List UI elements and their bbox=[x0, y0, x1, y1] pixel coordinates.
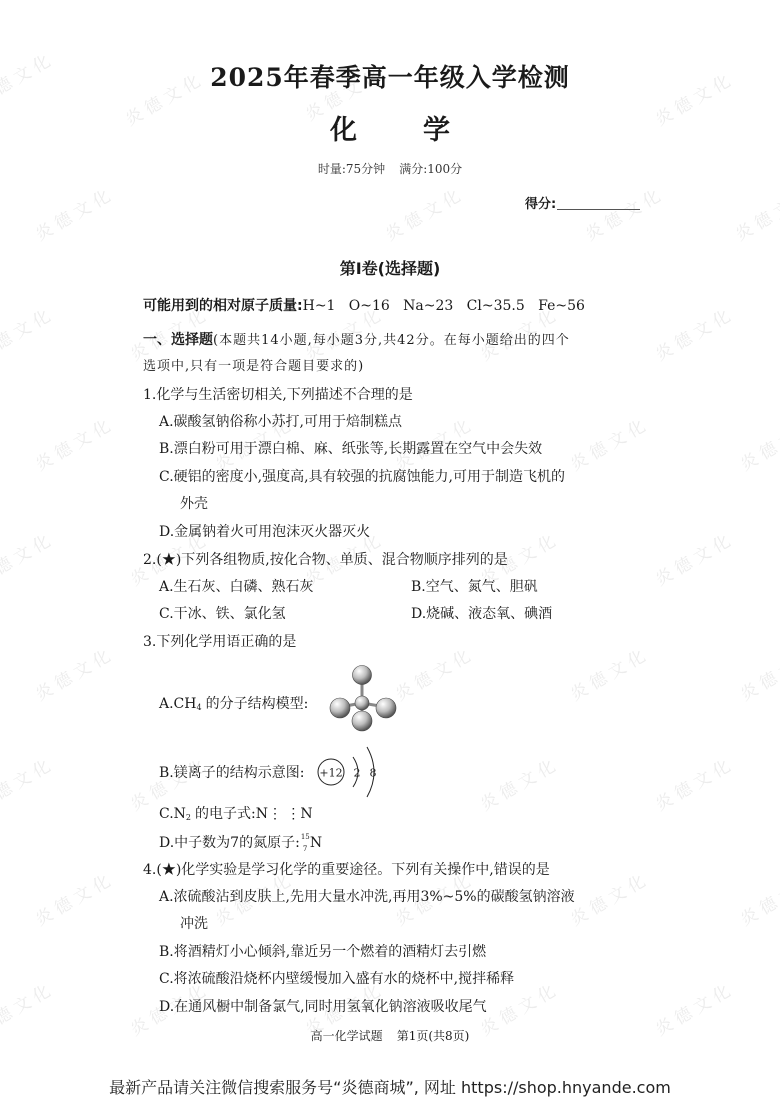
question-1-option-c-cont: 外壳 bbox=[180, 494, 208, 514]
footer-course: 高一化学试题 bbox=[311, 1029, 383, 1043]
question-3-option-b[interactable]: B.镁离子的结构示意图: bbox=[159, 763, 304, 783]
ch4-ball-stick-model-icon bbox=[326, 663, 398, 733]
question-1-option-c[interactable]: C.硬铝的密度小,强度高,具有较强的抗腐蚀能力,可用于制造飞机的 bbox=[159, 467, 565, 487]
svg-text:8: 8 bbox=[370, 767, 377, 780]
question-3-option-d[interactable]: D.中子数为7的氮原子:157N bbox=[159, 831, 322, 853]
section-title: 第Ⅰ卷(选择题) bbox=[0, 256, 780, 279]
footer-page-info: 第1页(共8页) bbox=[397, 1029, 470, 1043]
question-2-option-d[interactable]: D.烧碱、液态氧、碘酒 bbox=[411, 604, 552, 624]
exam-title: 2025年春季高一年级入学检测 bbox=[0, 58, 780, 94]
atomic-masses: 可能用到的相对原子质量:H~1 O~16 Na~23 Cl~35.5 Fe~56 bbox=[143, 296, 585, 316]
question-2-stem: 2.(★)下列各组物质,按化合物、单质、混合物顺序排列的是 bbox=[143, 550, 508, 570]
question-1-option-d[interactable]: D.金属钠着火可用泡沫灭火器灭火 bbox=[159, 522, 370, 542]
question-3-option-c[interactable]: C.N2的电子式:N⋮ ⋮N bbox=[159, 804, 313, 828]
isotope-notation: 157 bbox=[300, 831, 310, 849]
question-3-stem: 3.下列化学用语正确的是 bbox=[143, 632, 296, 652]
subject-title: 化学 bbox=[0, 108, 780, 147]
question-4-option-b[interactable]: B.将酒精灯小心倾斜,靠近另一个燃着的酒精灯去引燃 bbox=[159, 942, 486, 962]
question-1-option-b[interactable]: B.漂白粉可用于漂白棉、麻、纸张等,长期露置在空气中会失效 bbox=[159, 439, 542, 459]
question-2-option-c[interactable]: C.干冰、铁、氯化氢 bbox=[159, 604, 286, 624]
part-one-instructions-cont: 选项中,只有一项是符合题目要求的) bbox=[143, 357, 364, 377]
page-footer: 高一化学试题第1页(共8页) bbox=[0, 1027, 780, 1044]
question-1-option-a[interactable]: A.碳酸氢钠俗称小苏打,可用于焙制糕点 bbox=[159, 412, 402, 432]
question-4-option-a-cont: 冲洗 bbox=[180, 914, 208, 934]
svg-text:+12: +12 bbox=[319, 767, 342, 780]
question-1-stem: 1.化学与生活密切相关,下列描述不合理的是 bbox=[143, 385, 413, 405]
score-label: 得分: bbox=[525, 193, 556, 212]
subject-char-2: 学 bbox=[423, 108, 450, 147]
magnesium-ion-structure-diagram-icon: +12 2 8 bbox=[313, 743, 393, 801]
part-one-title: 一、选择题 bbox=[143, 332, 213, 348]
exam-meta: 时量:75分钟满分:100分 bbox=[0, 160, 780, 177]
atomic-masses-values: H~1 O~16 Na~23 Cl~35.5 Fe~56 bbox=[303, 298, 585, 314]
question-4-option-d[interactable]: D.在通风橱中制备氯气,同时用氢氧化钠溶液吸收尾气 bbox=[159, 997, 487, 1017]
part-one-instructions: (本题共14小题,每小题3分,共42分。在每小题给出的四个 bbox=[213, 333, 570, 348]
svg-text:2: 2 bbox=[354, 767, 361, 780]
promo-banner[interactable]: 最新产品请关注微信搜索服务号“炎德商城”, 网址 https://shop.hn… bbox=[0, 1075, 780, 1098]
question-2-option-b[interactable]: B.空气、氮气、胆矾 bbox=[411, 577, 538, 597]
question-4-option-c[interactable]: C.将浓硫酸沿烧杯内壁缓慢加入盛有水的烧杯中,搅拌稀释 bbox=[159, 969, 514, 989]
part-one-heading: 一、选择题(本题共14小题,每小题3分,共42分。在每小题给出的四个 bbox=[143, 330, 570, 351]
question-3-option-a[interactable]: A.CH4的分子结构模型: bbox=[159, 694, 308, 718]
total-score: 满分:100分 bbox=[399, 162, 462, 176]
time-limit: 时量:75分钟 bbox=[318, 162, 385, 176]
question-2-option-a[interactable]: A.生石灰、白磷、熟石灰 bbox=[159, 577, 314, 597]
score-blank-line[interactable] bbox=[557, 209, 640, 210]
subject-char-1: 化 bbox=[330, 108, 357, 147]
exam-page: 2025年春季高一年级入学检测 化学 时量:75分钟满分:100分 得分: 第Ⅰ… bbox=[0, 0, 780, 1104]
question-4-stem: 4.(★)化学实验是学习化学的重要途径。下列有关操作中,错误的是 bbox=[143, 860, 550, 880]
question-4-option-a[interactable]: A.浓硫酸沾到皮肤上,先用大量水冲洗,再用3%~5%的碳酸氢钠溶液 bbox=[159, 887, 575, 907]
atomic-masses-label: 可能用到的相对原子质量: bbox=[143, 298, 303, 314]
